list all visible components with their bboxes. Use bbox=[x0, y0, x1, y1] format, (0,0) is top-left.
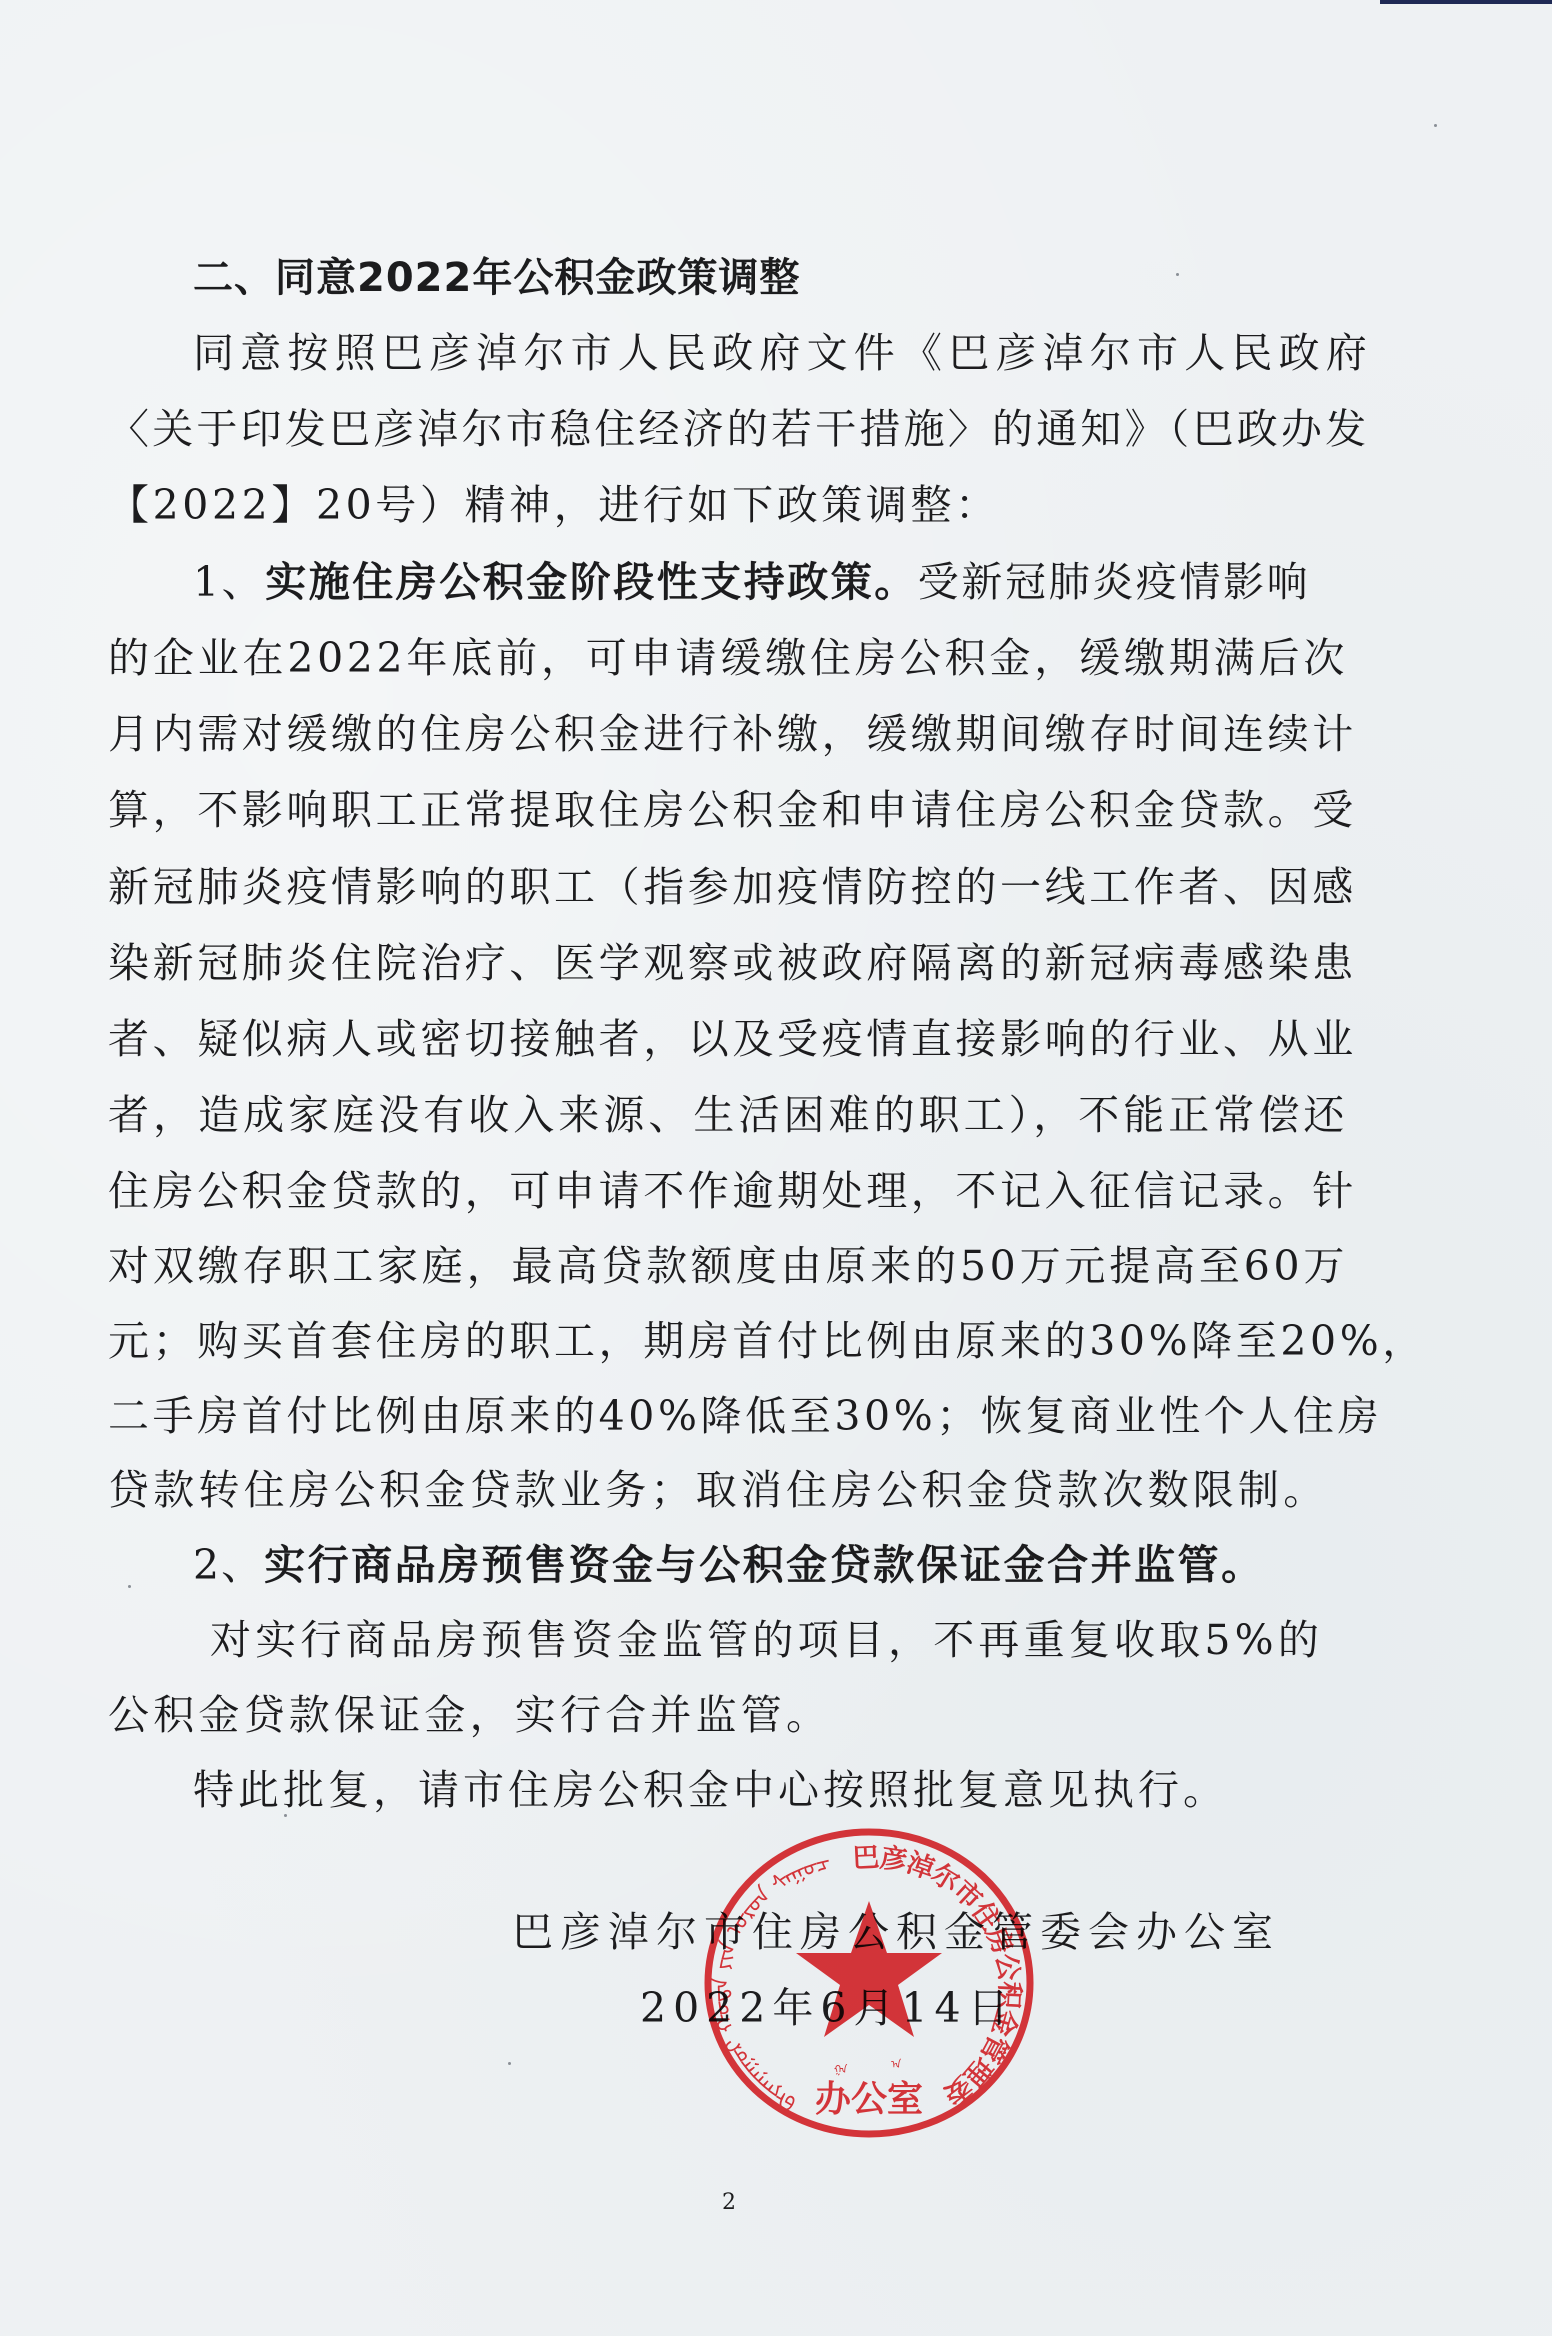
official-seal-stamp: 巴彦淖尔市住房公积金管理委员会 ᠪᠠᠶᠠᠨᠨᠠᠭᠤᠷ ᠬᠣᠲᠠ ᠶᠢᠨ ᠣᠷᠣᠨ… bbox=[703, 1828, 1035, 2138]
item1-line: 者，造成家庭没有收入来源、生活困难的职工），不能正常偿还 bbox=[108, 1091, 1348, 1139]
item1-line: 对双缴存职工家庭，最高贷款额度由原来的50万元提高至60万 bbox=[108, 1242, 1348, 1290]
item1-line: 月内需对缓缴的住房公积金进行补缴，缓缴期间缴存时间连续计 bbox=[108, 710, 1348, 758]
stamp-bottom-text: 办公室 bbox=[815, 2079, 923, 2120]
scan-speck bbox=[1176, 273, 1179, 276]
intro-line-2: 〈关于印发巴彦淖尔市稳住经济的若干措施〉的通知》（巴政办发 bbox=[108, 405, 1369, 453]
item1-line: 的企业在2022年底前，可申请缓缴住房公积金，缓缴期满后次 bbox=[108, 634, 1348, 682]
item2-line: 公积金贷款保证金，实行合并监管。 bbox=[108, 1691, 831, 1739]
intro-line-3: 【2022】20号）精神，进行如下政策调整： bbox=[108, 481, 1000, 529]
scan-speck bbox=[128, 1585, 131, 1588]
scan-edge-artifact bbox=[1380, 0, 1552, 4]
item1-line: 者、疑似病人或密切接触者，以及受疫情直接影响的行业、从业 bbox=[108, 1015, 1348, 1063]
item1-first-line-rest: 受新冠肺炎疫情影响 bbox=[918, 558, 1310, 606]
scan-speck bbox=[1434, 124, 1437, 127]
svg-text:ᠪᠠᠶᠠᠨᠨᠠᠭᠤᠷ ᠬᠣᠲᠠ ᠶᠢᠨ ᠣᠷᠣᠨ ᠰᠠᠭᠤᠴ: ᠪᠠᠶᠠᠨᠨᠠᠭᠤᠷ ᠬᠣᠲᠠ ᠶᠢᠨ ᠣᠷᠣᠨ ᠰᠠᠭᠤᠴᠠ bbox=[703, 1828, 833, 2115]
item1-line: 算，不影响职工正常提取住房公积金和申请住房公积金贷款。受 bbox=[108, 786, 1348, 834]
item2-line: 对实行商品房预售资金监管的项目，不再重复收取5%的 bbox=[210, 1616, 1323, 1664]
scan-speck bbox=[284, 1814, 287, 1817]
stamp-mongolian-script: ᠪᠠᠶᠠᠨᠨᠠᠭᠤᠷ ᠬᠣᠲᠠ ᠶᠢᠨ ᠣᠷᠣᠨ ᠰᠠᠭᠤᠴᠠ bbox=[703, 1828, 833, 2115]
star-icon bbox=[796, 1901, 942, 2037]
item1-title: 实施住房公积金阶段性支持政策。 bbox=[265, 558, 918, 606]
item1-line: 元；购买首套住房的职工，期房首付比例由原来的30%降至20%， bbox=[108, 1317, 1348, 1365]
closing-line: 特此批复，请市住房公积金中心按照批复意见执行。 bbox=[193, 1766, 1228, 1814]
item1-first-line: 1、实施住房公积金阶段性支持政策。受新冠肺炎疫情影响 bbox=[193, 558, 1310, 606]
stamp-small-mark: ᠭᠠ bbox=[834, 2063, 848, 2076]
item2-heading-line: 2、实行商品房预售资金与公积金贷款保证金合并监管。 bbox=[193, 1541, 1265, 1589]
page-number: 2 bbox=[722, 2190, 736, 2215]
scan-speck bbox=[508, 2062, 511, 2065]
stamp-small-mark: ᠠ bbox=[891, 2058, 902, 2071]
item1-line: 二手房首付比例由原来的40%降低至30%；恢复商业性个人住房 bbox=[108, 1392, 1348, 1440]
item1-number: 1、 bbox=[193, 558, 265, 606]
intro-line-1: 同意按照巴彦淖尔市人民政府文件《巴彦淖尔市人民政府 bbox=[193, 329, 1373, 377]
item1-line: 贷款转住房公积金贷款业务；取消住房公积金贷款次数限制。 bbox=[108, 1466, 1328, 1514]
item1-line: 染新冠肺炎住院治疗、医学观察或被政府隔离的新冠病毒感染患 bbox=[108, 939, 1348, 987]
item1-line: 新冠肺炎疫情影响的职工（指参加疫情防控的一线工作者、因感 bbox=[108, 863, 1348, 911]
item1-line: 住房公积金贷款的，可申请不作逾期处理，不记入征信记录。针 bbox=[108, 1167, 1348, 1215]
item2-number: 2、 bbox=[193, 1541, 264, 1589]
item2-title: 实行商品房预售资金与公积金贷款保证金合并监管。 bbox=[264, 1541, 1265, 1589]
section-heading: 二、同意2022年公积金政策调整 bbox=[193, 254, 800, 302]
